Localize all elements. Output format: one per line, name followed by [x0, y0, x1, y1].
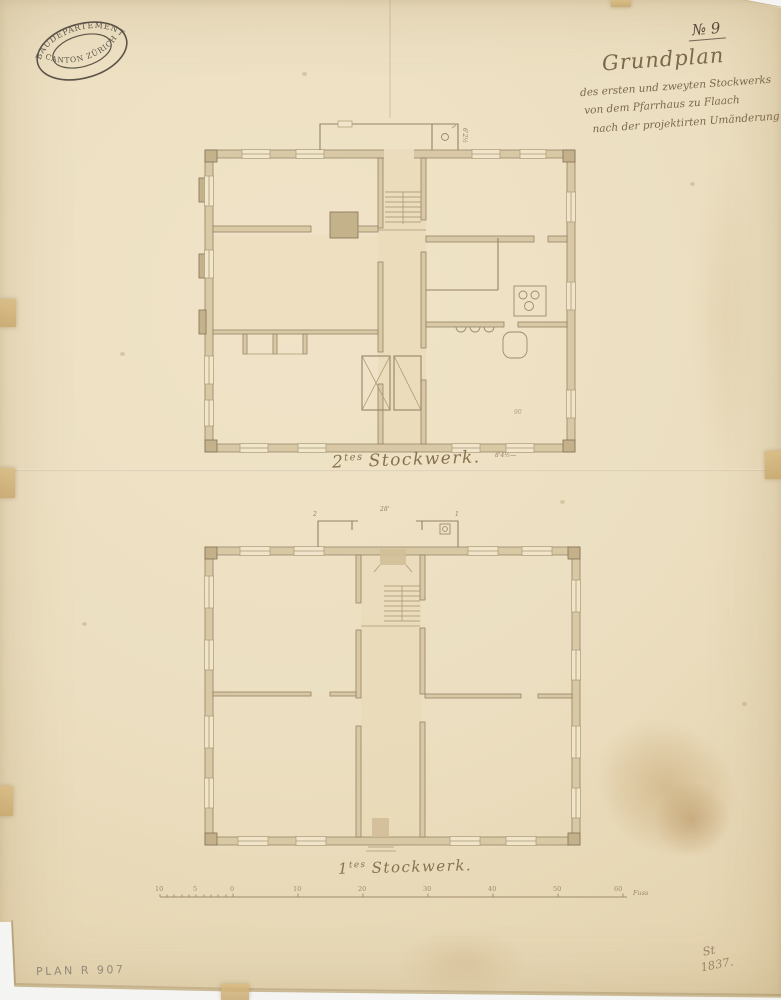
scale-tick-label: 0 [230, 885, 234, 893]
upper-floor-plan: 8'4½— 6'2½ 90 [199, 121, 576, 459]
dimension-note: 2 [312, 511, 317, 518]
tape-repair [0, 468, 15, 498]
lower-floor-plan: 2 28' 1 [205, 506, 581, 851]
scale-tick-label: 20 [358, 885, 366, 893]
scale-tick-label: 10 [293, 885, 301, 893]
caption-word: Stockwerk. [371, 856, 472, 877]
tape-repair [0, 299, 16, 327]
tape-repair [221, 984, 249, 1000]
floor-plans-drawing: 8'4½— 6'2½ 90 [0, 0, 781, 1000]
signature-initials: St [701, 943, 716, 959]
scale-tick-label: 30 [423, 885, 431, 893]
tape-repair [765, 451, 781, 479]
scale-bar: 10 5 0 10 20 30 40 50 60 Fuss [155, 885, 649, 897]
dimension-note: 6'2½ [461, 128, 468, 143]
caption-word: Stockwerk. [368, 447, 481, 471]
scanned-plan-sheet: 8'4½— 6'2½ 90 [0, 0, 781, 1000]
lower-plan-caption: 1tesStockwerk. [338, 856, 473, 878]
scale-tick-label: 40 [488, 885, 496, 893]
plan-number: № 9 [687, 18, 725, 41]
tape-repair [0, 786, 13, 816]
scale-tick-label: 10 [155, 885, 163, 893]
scale-tick-label: 50 [553, 885, 561, 893]
caption-number: 2 [332, 452, 345, 472]
dimension-note: 8'4½— [495, 452, 516, 459]
tape-repair [611, 0, 631, 7]
title-block: Grundplan des ersten und zweyten Stockwe… [577, 39, 781, 139]
caption-superscript: tes [349, 860, 367, 870]
scale-unit-label: Fuss [632, 889, 649, 897]
room-number-note: 90 [514, 409, 522, 416]
caption-superscript: tes [344, 452, 364, 464]
archive-reference: PLAN R 907 [36, 963, 126, 978]
caption-number: 1 [338, 859, 350, 877]
dimension-note: 28' [379, 506, 390, 513]
scale-tick-label: 5 [193, 885, 197, 893]
dimension-note: 1 [455, 511, 459, 518]
signature-year: St 1837. [701, 940, 734, 975]
scale-tick-label: 60 [614, 885, 622, 893]
